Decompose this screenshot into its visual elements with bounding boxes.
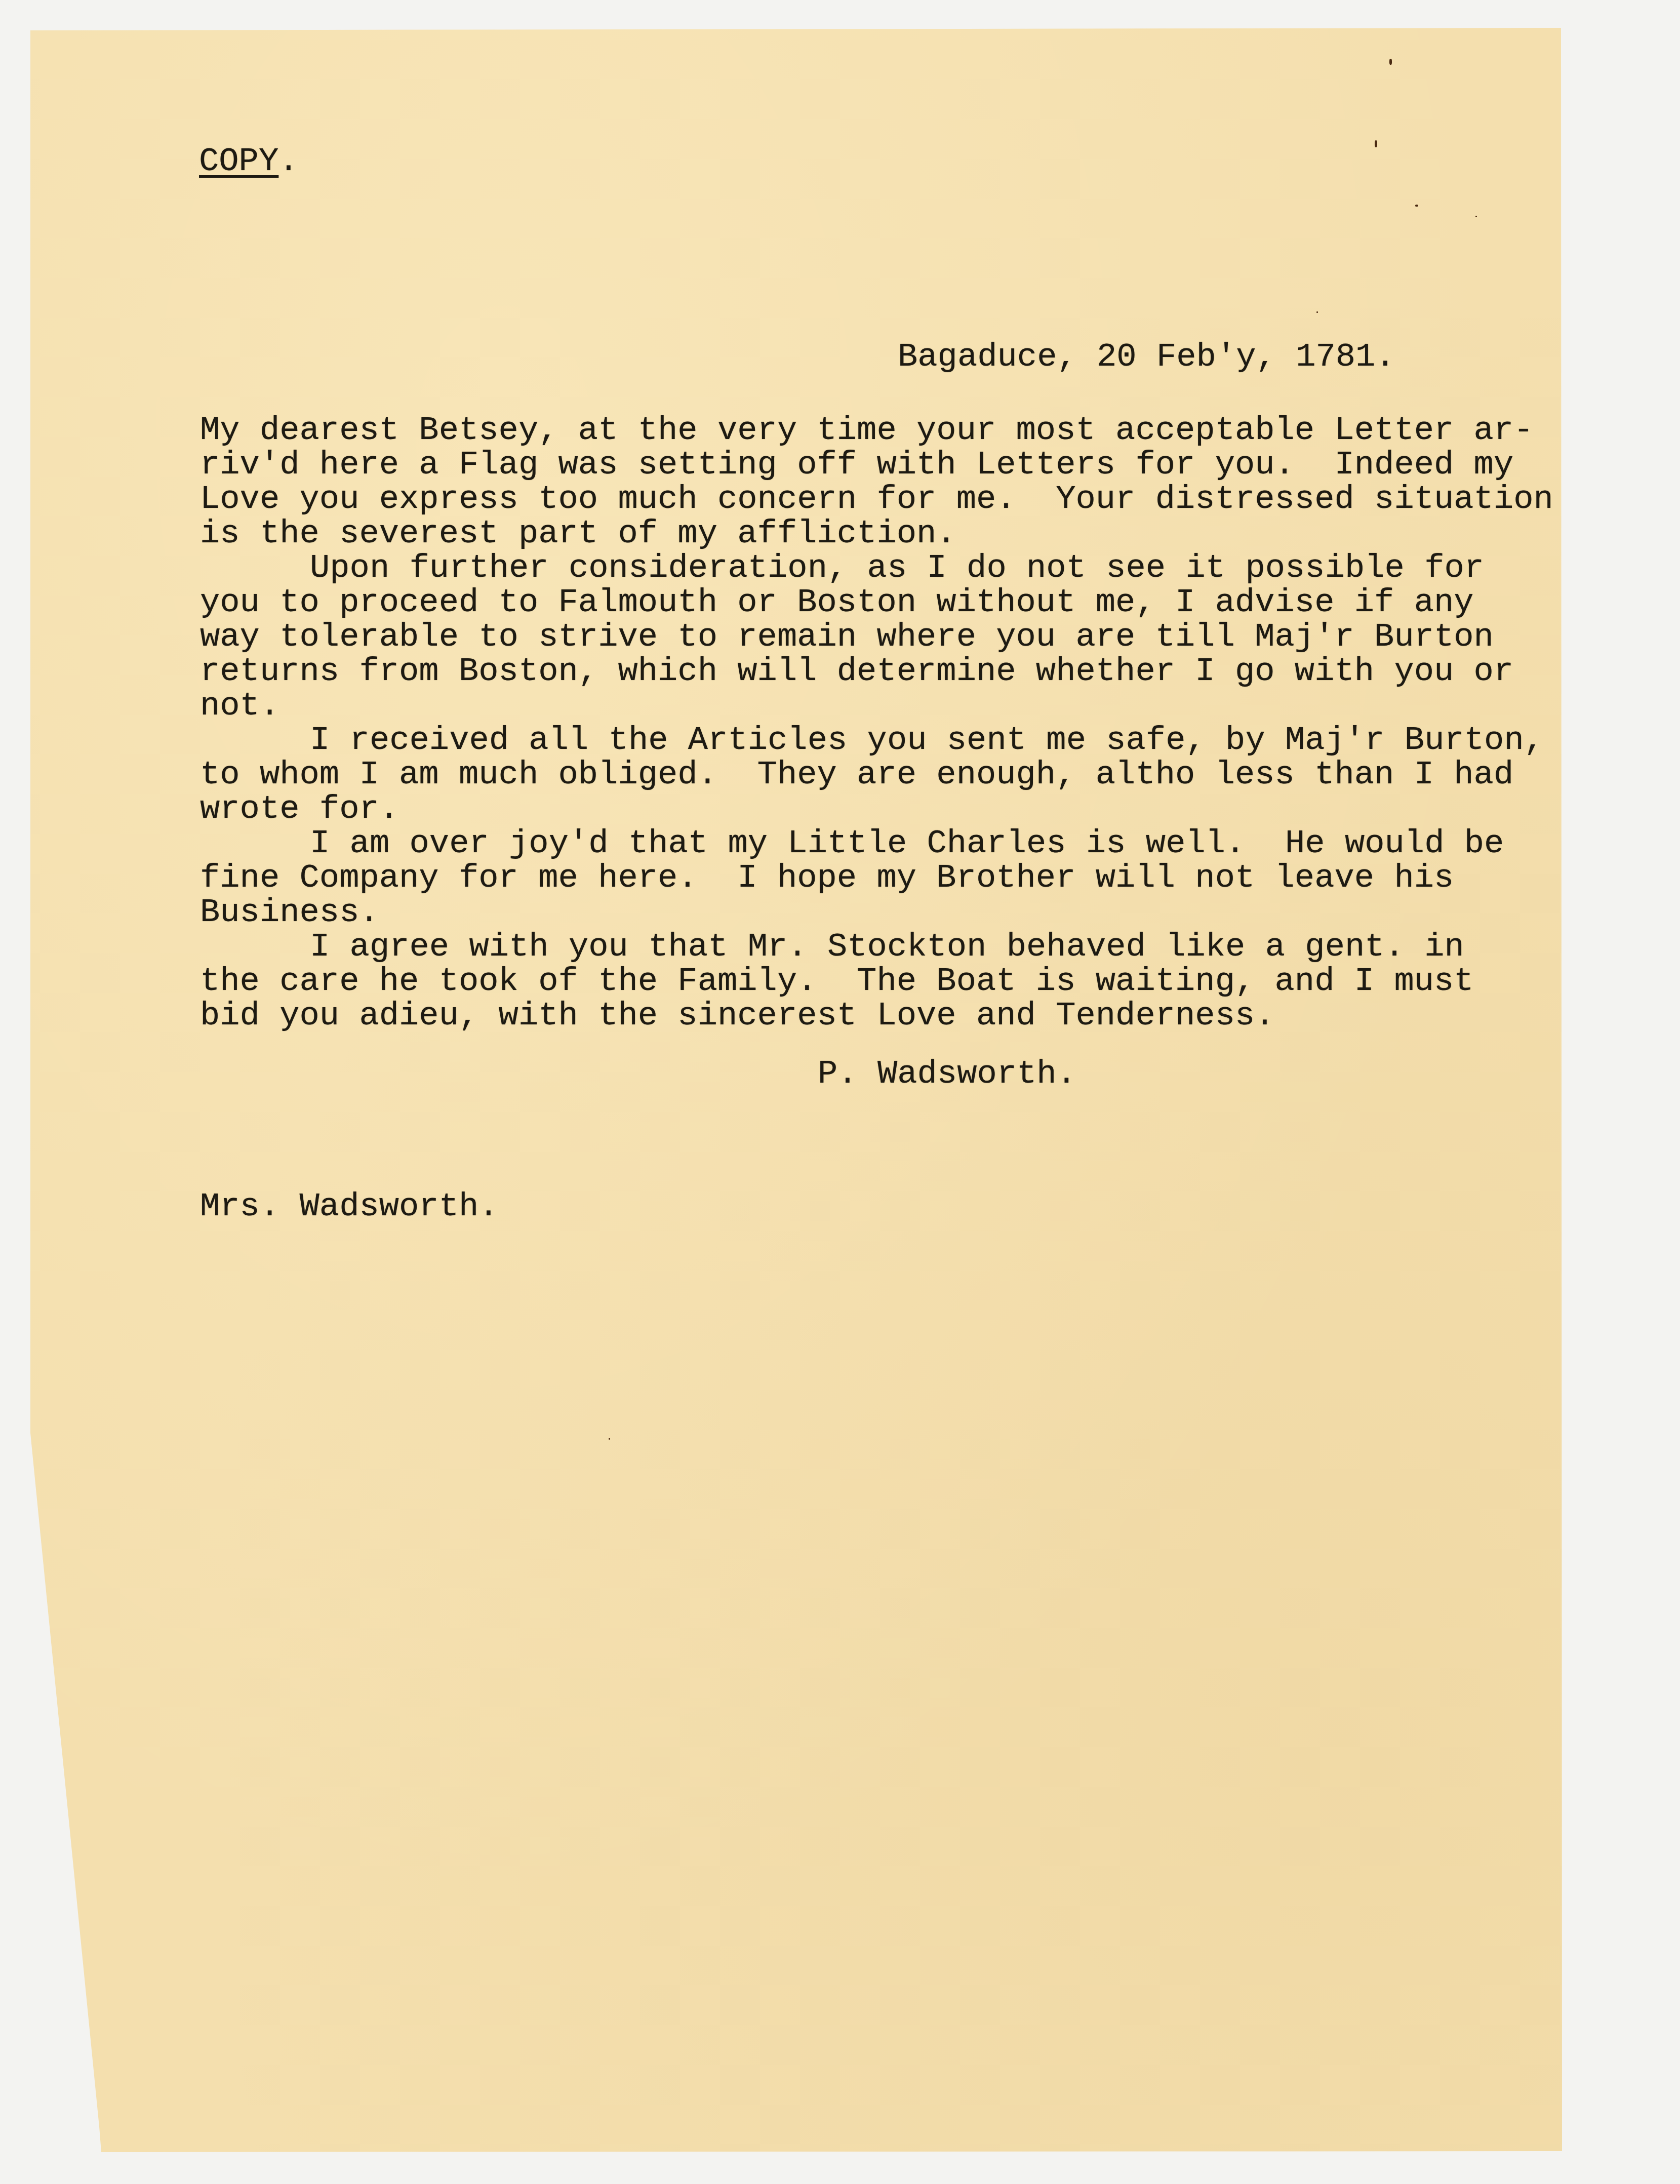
body-line: Business. — [200, 896, 379, 929]
body-line: you to proceed to Falmouth or Boston wit… — [200, 586, 1474, 619]
body-line: My dearest Betsey, at the very time your… — [200, 414, 1534, 447]
paper-speck — [1389, 59, 1392, 65]
dateline: Bagaduce, 20 Feb'y, 1781. — [898, 340, 1395, 374]
copy-label: COPY. — [199, 145, 299, 178]
body-line: the care he took of the Family. The Boat… — [200, 965, 1474, 998]
body-line: to whom I am much obliged. They are enou… — [200, 758, 1513, 791]
body-line: wrote for. — [200, 792, 399, 826]
body-line: fine Company for me here. I hope my Brot… — [200, 861, 1454, 895]
paper-speck — [1415, 205, 1418, 207]
copy-label-period: . — [278, 142, 298, 180]
addressee: Mrs. Wadsworth. — [200, 1190, 499, 1223]
body-line: not. — [200, 689, 279, 723]
body-line: Upon further consideration, as I do not … — [310, 551, 1484, 585]
paper-speck — [1316, 311, 1318, 313]
body-line: I am over joy'd that my Little Charles i… — [310, 827, 1504, 860]
signature: P. Wadsworth. — [818, 1057, 1076, 1091]
body-line: is the severest part of my affliction. — [200, 517, 956, 550]
body-line: Love you express too much concern for me… — [200, 483, 1553, 516]
paper-speck — [1475, 216, 1477, 217]
copy-label-text: COPY — [199, 142, 278, 180]
body-line: bid you adieu, with the sincerest Love a… — [200, 999, 1275, 1033]
paper-speck — [1375, 140, 1377, 147]
body-line: way tolerable to strive to remain where … — [200, 620, 1494, 654]
body-line: I received all the Articles you sent me … — [310, 724, 1544, 757]
body-line: returns from Boston, which will determin… — [200, 655, 1513, 688]
body-line: I agree with you that Mr. Stockton behav… — [310, 930, 1464, 964]
body-line: riv'd here a Flag was setting off with L… — [200, 448, 1513, 482]
paper-speck — [609, 1438, 610, 1440]
